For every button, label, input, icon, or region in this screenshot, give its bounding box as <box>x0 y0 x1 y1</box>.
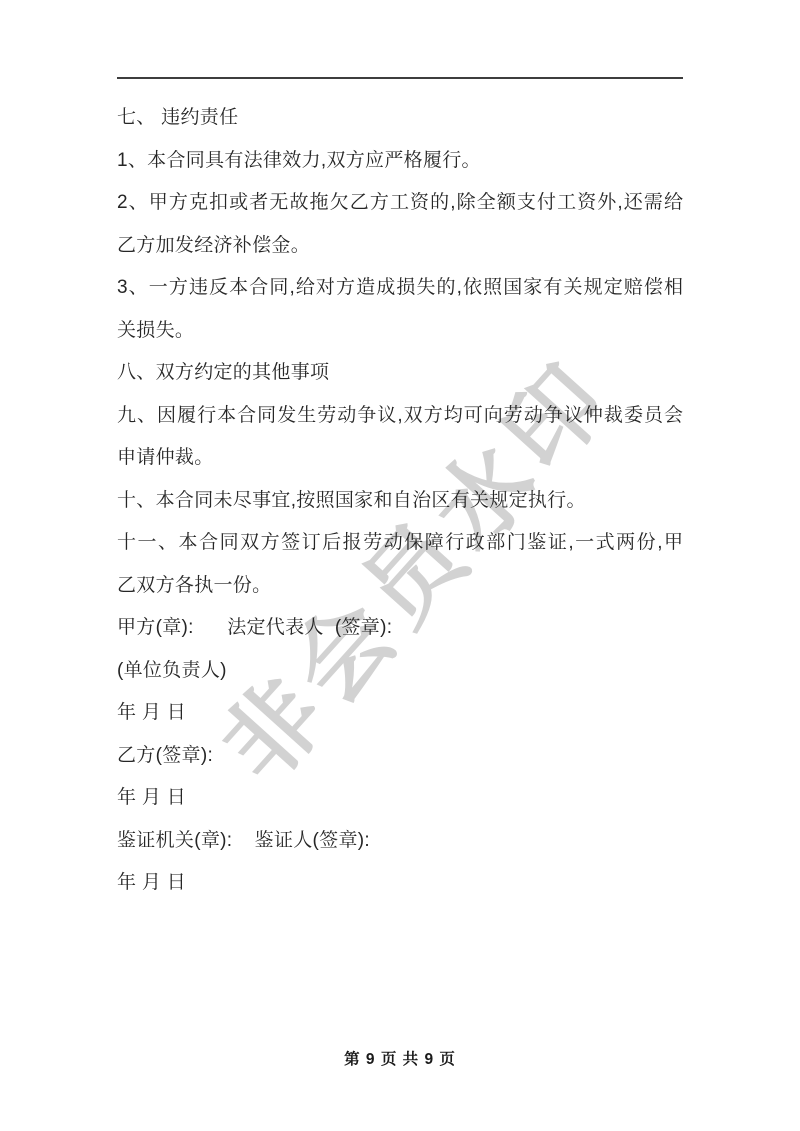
page-footer: 第 9 页 共 9 页 <box>0 1051 800 1069</box>
date-line: 年 月 日 <box>117 692 683 735</box>
clause-line: 1、本合同具有法律效力,双方应严格履行。 <box>117 140 683 183</box>
party-a-signature-line: 甲方(章): 法定代表人 (签章): <box>117 607 683 650</box>
clause-line: 乙双方各执一份。 <box>117 565 683 608</box>
section-heading-10: 十、本合同未尽事宜,按照国家和自治区有关规定执行。 <box>117 480 683 523</box>
attestation-signature-line: 鉴证机关(章): 鉴证人(签章): <box>117 820 683 863</box>
clause-line: 申请仲裁。 <box>117 437 683 480</box>
document-body: 七、 违约责任 1、本合同具有法律效力,双方应严格履行。 2、甲方克扣或者无故拖… <box>117 97 683 905</box>
party-b-signature-line: 乙方(签章): <box>117 735 683 778</box>
section-heading-7: 七、 违约责任 <box>117 97 683 140</box>
clause-line: 2、甲方克扣或者无故拖欠乙方工资的,除全额支付工资外,还需给 <box>117 182 683 225</box>
header-rule <box>117 77 683 79</box>
clause-line: 3、一方违反本合同,给对方造成损失的,依照国家有关规定赔偿相 <box>117 267 683 310</box>
date-line: 年 月 日 <box>117 862 683 905</box>
unit-head-label: (单位负责人) <box>117 650 683 693</box>
clause-line: 关损失。 <box>117 310 683 353</box>
section-heading-8: 八、双方约定的其他事项 <box>117 352 683 395</box>
date-line: 年 月 日 <box>117 777 683 820</box>
clause-line: 乙方加发经济补偿金。 <box>117 225 683 268</box>
page-number: 第 9 页 共 9 页 <box>344 1051 456 1068</box>
section-heading-11: 十一、本合同双方签订后报劳动保障行政部门鉴证,一式两份,甲 <box>117 522 683 565</box>
section-heading-9: 九、因履行本合同发生劳动争议,双方均可向劳动争议仲裁委员会 <box>117 395 683 438</box>
document-page: 非会员水印 七、 违约责任 1、本合同具有法律效力,双方应严格履行。 2、甲方克… <box>0 0 800 1131</box>
